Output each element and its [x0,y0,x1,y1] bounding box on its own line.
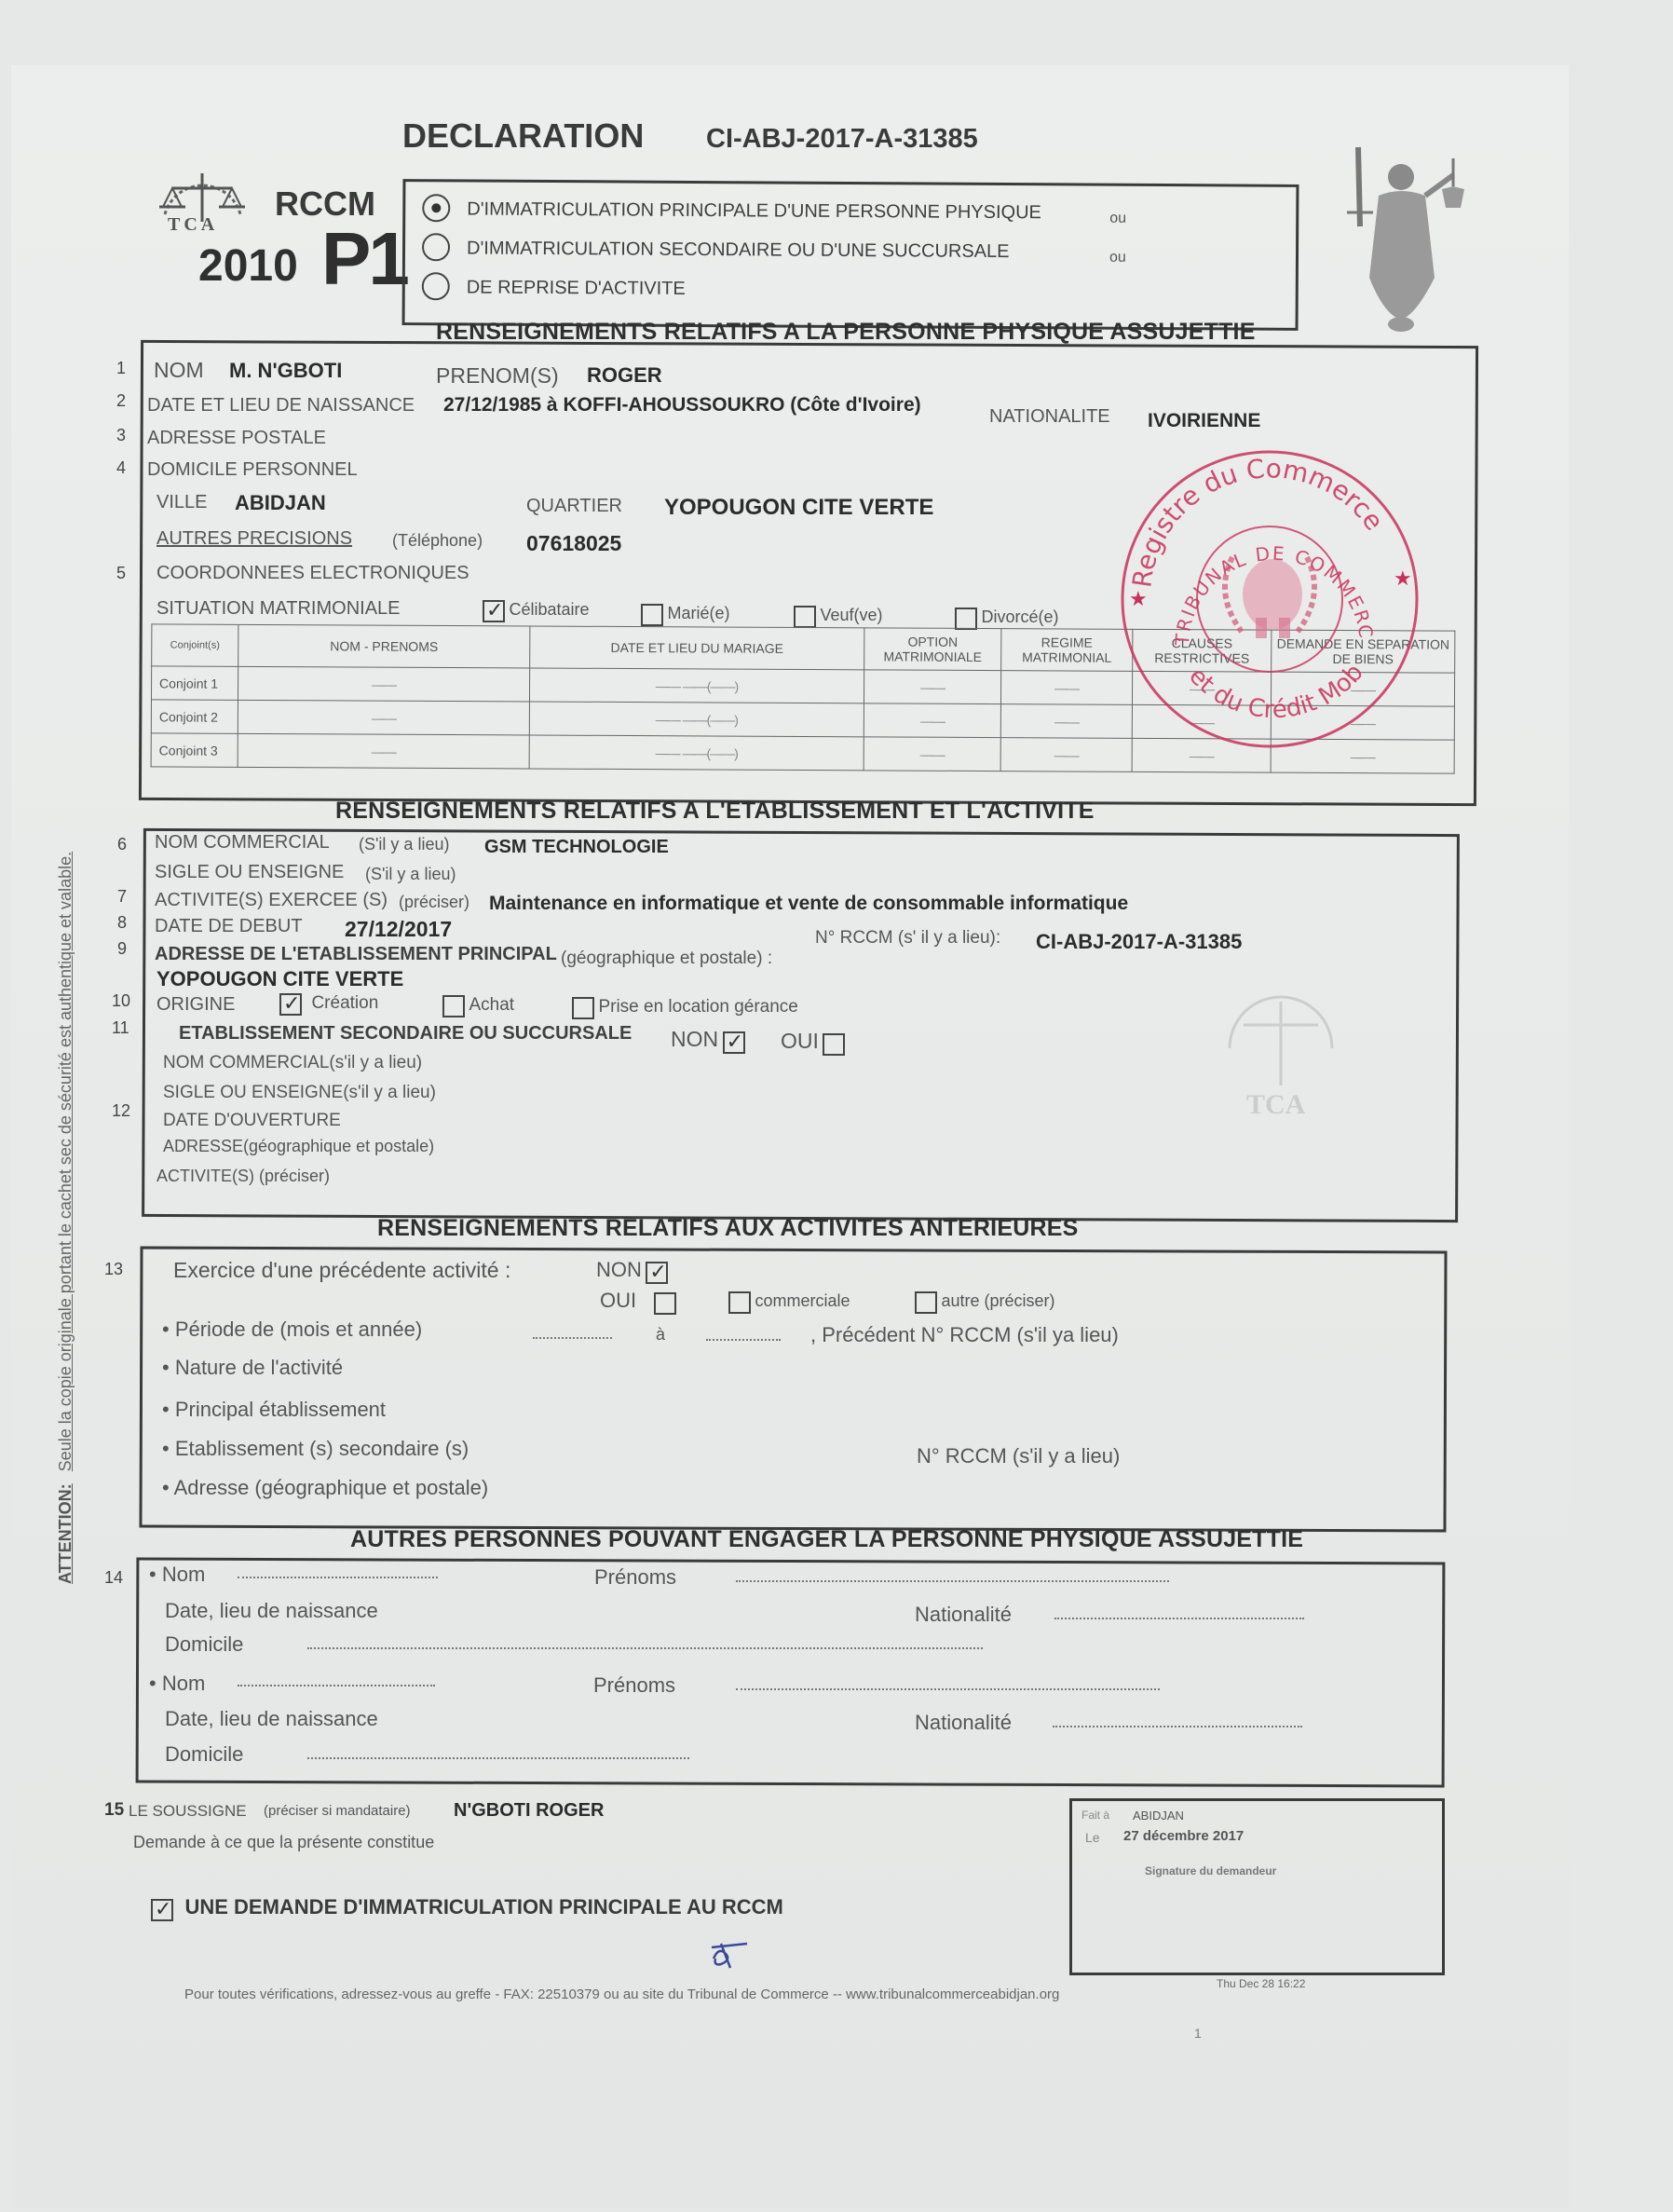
sec-activite-label: ACTIVITE(S) (préciser) [156,1167,330,1186]
checkbox-label: commerciale [755,1291,850,1310]
adresse-etablissement-label: ADRESSE DE L'ETABLISSEMENT PRINCIPAL [155,944,557,965]
nature-label: • Nature de l'activité [162,1356,343,1380]
nom-label: NOM [154,358,204,383]
radio-immatriculation-principale[interactable] [422,194,450,222]
adresse-postale-label: ADRESSE POSTALE [147,428,326,449]
cell: —— [238,666,529,702]
periode-to-field[interactable] [706,1339,781,1341]
row-label: Conjoint 1 [151,666,238,700]
row-number: 4 [116,458,126,478]
domicile-field[interactable] [307,1647,983,1649]
oui-label: OUI [600,1289,636,1312]
row-number: 7 [117,887,127,907]
row-number: 5 [116,564,126,583]
nom-label: • Nom [149,1563,205,1587]
sigle-hint: (S'il y a lieu) [365,865,456,884]
row-number: 2 [116,391,126,411]
nom-commercial-hint: (S'il y a lieu) [359,835,449,854]
rccm-value[interactable]: CI-ABJ-2017-A-31385 [1036,930,1242,954]
secondaire-oui[interactable]: OUI [781,1029,845,1056]
activite-label: ACTIVITE(S) EXERCEE (S) [155,890,388,911]
commerce-registry-stamp-icon: Registre du Commerce et du Crédit Mob TR… [1116,445,1423,753]
footer-text: Pour toutes vérifications, adressez-vous… [184,1987,1059,2002]
prenoms-label: Prénoms [593,1673,675,1698]
situation-veuf[interactable]: Veuf(ve) [794,606,883,628]
secondaire-non[interactable]: NON [671,1027,745,1054]
activite-value[interactable]: Maintenance en informatique et vente de … [489,893,1128,915]
col-header: OPTION MATRIMONIALE [864,628,1001,671]
nom-label: • Nom [149,1672,205,1696]
section-others-box [136,1558,1446,1788]
secondaires-label: • Etablissement (s) secondaire (s) [162,1437,469,1461]
quartier-label: QUARTIER [526,496,622,517]
row-number: 14 [104,1568,123,1588]
section-prior-title: RENSEIGNEMENTS RELATIFS AUX ACTIVITES AN… [377,1215,1078,1242]
demande-checkbox[interactable] [151,1899,173,1921]
activite-hint: (préciser) [399,893,469,912]
svg-text:et du Crédit Mob: et du Crédit Mob [1183,659,1369,724]
cell: —— [864,703,1000,738]
secondaire-label: ETABLISSEMENT SECONDAIRE OU SUCCURSALE [179,1023,632,1045]
origine-creation[interactable]: Création [279,993,378,1016]
demande-option-label: UNE DEMANDE D'IMMATRICULATION PRINCIPALE… [184,1895,782,1918]
cell: —— ——(——) [529,668,864,703]
nom-commercial-value[interactable]: GSM TECHNOLOGIE [484,837,669,858]
creation-checkbox[interactable] [279,993,302,1016]
naissance-label: DATE ET LIEU DE NAISSANCE [147,395,415,416]
prenoms-field[interactable] [736,1688,1160,1690]
cell: —— [1000,671,1132,705]
row-number: 10 [112,991,130,1011]
row-number: 9 [117,939,127,959]
le-label: Le [1085,1830,1100,1845]
row-number: 15 [104,1800,124,1821]
attention-text: Seule la copie originale portant le cach… [56,852,75,1471]
row-label: Conjoint 3 [151,733,238,767]
nationalite-field[interactable] [1053,1726,1302,1727]
nationalite-label: Nationalité [915,1603,1012,1627]
nom-value[interactable]: M. N'GBOTI [229,359,342,383]
naissance-value[interactable]: 27/12/1985 à KOFFI-AHOUSSOUKRO (Côte d'I… [443,394,921,416]
ville-label: VILLE [156,492,207,513]
prior-autre[interactable]: autre (préciser) [915,1291,1055,1314]
telephone-label: (Téléphone) [392,531,483,551]
oui-label: OUI [781,1029,819,1053]
divorce-checkbox[interactable] [955,608,977,630]
nom-field[interactable] [238,1577,438,1578]
ville-value[interactable]: ABIDJAN [235,491,326,515]
option-suffix: ou [1109,250,1126,266]
veuf-checkbox[interactable] [794,606,816,628]
cell: —— [1000,738,1132,772]
autres-precisions-label: AUTRES PRECISIONS [156,528,352,550]
situation-marie[interactable]: Marié(e) [641,604,729,626]
cell: —— [864,670,1000,704]
checkbox-label: Création [311,993,378,1013]
celibataire-checkbox[interactable] [483,600,505,622]
tca-watermark-icon: TCA [1220,983,1341,1123]
svg-text:TCA: TCA [1246,1089,1306,1120]
telephone-value[interactable]: 07618025 [526,531,621,556]
checkbox-label: autre (préciser) [941,1291,1054,1310]
situation-label: SITUATION MATRIMONIALE [156,598,401,620]
date-debut-label: DATE DE DEBUT [155,916,303,937]
non-label: NON [596,1258,642,1281]
situation-celibataire[interactable]: Célibataire [483,600,590,622]
rccm-label: N° RCCM (s' il y a lieu): [815,928,1000,949]
checkbox-label: Marié(e) [667,604,729,622]
signature-label: Signature du demandeur [1145,1864,1276,1877]
checkbox-label: Prise en location gérance [598,997,797,1017]
handwritten-initials-icon [708,1938,750,1971]
achat-checkbox[interactable] [442,995,465,1017]
attention-label: ATTENTION: [56,1483,75,1584]
svg-text:★: ★ [1129,587,1148,610]
lady-justice-icon [1323,138,1472,334]
declaration-reference: CI-ABJ-2017-A-31385 [706,124,978,155]
page-mark: 1 [1194,2026,1202,2041]
row-label: Conjoint 2 [151,700,238,733]
col-header: NOM - PRENOMS [238,624,530,668]
commerciale-checkbox[interactable] [728,1291,751,1314]
soussigne-value[interactable]: N'GBOTI ROGER [454,1800,604,1822]
adresse-label: • Adresse (géographique et postale) [162,1476,488,1500]
domicile-label: Domicile [165,1742,243,1767]
col-header: DATE ET LIEU DU MARIAGE [530,626,864,670]
origine-achat[interactable]: Achat [442,995,514,1017]
row-number: 6 [117,835,127,854]
principal-label: • Principal établissement [162,1398,386,1422]
form-id: P1 [321,216,407,302]
row-number: 12 [112,1101,130,1121]
secondaire-oui-checkbox[interactable] [823,1033,845,1056]
cell: —— ——(——) [529,702,864,737]
sec-date-ouverture-label: DATE D'OUVERTURE [163,1111,341,1131]
side-note: ATTENTION: Seule la copie originale port… [56,852,75,1584]
exercice-label: Exercice d'une précédente activité : [173,1258,510,1283]
autre-checkbox[interactable] [915,1291,937,1314]
prenom-value[interactable]: ROGER [587,363,662,388]
date-debut-value[interactable]: 27/12/2017 [345,917,452,942]
secondaire-non-checkbox[interactable] [723,1031,745,1054]
origine-location-gerance[interactable]: Prise en location gérance [572,997,798,1019]
non-label: NON [671,1027,718,1051]
le-value: 27 décembre 2017 [1123,1828,1244,1844]
periode-label: • Période de (mois et année) [162,1318,422,1342]
section-others-title: AUTRES PERSONNES POUVANT ENGAGER LA PERS… [350,1526,1303,1553]
nationalite-label: NATIONALITE [989,406,1110,428]
nationalite-field[interactable] [1054,1618,1304,1619]
checkbox-label: Célibataire [509,600,589,619]
row-number: 8 [117,913,127,933]
col-header: REGIME MATRIMONIAL [1001,629,1133,672]
row-number: 11 [112,1018,129,1038]
prenoms-field[interactable] [736,1580,1169,1582]
prenom-label: PRENOM(S) [436,363,559,389]
adresse-etablissement-hint: (géographique et postale) : [561,949,772,969]
location-gerance-checkbox[interactable] [572,997,594,1019]
radio-reprise-activite[interactable] [422,272,450,300]
prior-non[interactable]: NON [596,1258,668,1284]
origine-label: ORIGINE [156,994,235,1016]
option-label: D'IMMATRICULATION SECONDAIRE OU D'UNE SU… [467,238,1010,263]
cell: —— [864,737,1000,771]
checkbox-label: Achat [469,995,514,1015]
fait-a-value: ABIDJAN [1133,1809,1184,1823]
domicile-label: Domicile [165,1632,243,1657]
nom-field[interactable] [238,1685,435,1686]
domicile-label: DOMICILE PERSONNEL [147,459,358,481]
demande-option[interactable]: UNE DEMANDE D'IMMATRICULATION PRINCIPALE… [151,1895,783,1921]
option-label: D'IMMATRICULATION PRINCIPALE D'UNE PERSO… [467,198,1041,224]
option-suffix: ou [1109,211,1126,227]
periode-from-field[interactable] [533,1337,612,1339]
form-year: 2010 [198,240,298,292]
prior-rccm-label: N° RCCM (s'il y a lieu) [917,1444,1120,1468]
section-establishment-title: RENSEIGNEMENTS RELATIFS A L'ETABLISSEMEN… [335,798,1095,825]
periode-a-label: à [656,1325,665,1345]
checkbox-label: Divorcé(e) [981,608,1058,626]
demande-text: Demande à ce que la présente constitue [133,1833,434,1852]
nationalite-label: Nationalité [915,1711,1012,1735]
option-label: DE REPRISE D'ACTIVITE [467,277,686,299]
situation-divorce[interactable]: Divorcé(e) [955,608,1058,630]
soussigne-hint: (préciser si mandataire) [264,1803,411,1819]
sec-adresse-label: ADRESSE(géographique et postale) [163,1137,434,1156]
svg-text:★: ★ [1394,567,1412,590]
coordonnees-label: COORDONNEES ELECTRONIQUES [156,563,469,584]
precedent-rccm-label: , Précédent N° RCCM (s'il ya lieu) [810,1323,1119,1347]
prior-oui[interactable]: OUI [600,1289,676,1315]
prior-oui-checkbox[interactable] [654,1292,676,1315]
sec-nom-commercial-label: NOM COMMERCIAL(s'il y a lieu) [163,1053,422,1073]
naissance-label: Date, lieu de naissance [165,1599,378,1623]
col-header: Conjoint(s) [152,624,238,666]
domicile-field[interactable] [307,1757,689,1759]
nom-commercial-label: NOM COMMERCIAL [155,832,330,853]
signature-box[interactable]: Fait à ABIDJAN Le 27 décembre 2017 Signa… [1069,1798,1445,1975]
soussigne-label: LE SOUSSIGNE [129,1802,247,1821]
tca-logo-text: TCA [168,214,218,236]
prior-non-checkbox[interactable] [646,1262,668,1284]
cell: —— [238,733,529,769]
nationalite-value[interactable]: IVOIRIENNE [1148,410,1260,432]
sec-sigle-label: SIGLE OU ENSEIGNE(s'il y a lieu) [163,1083,436,1103]
sigle-label: SIGLE OU ENSEIGNE [155,862,344,883]
radio-immatriculation-secondaire[interactable] [422,233,450,261]
adresse-etablissement-value[interactable]: YOPOUGON CITE VERTE [156,967,403,991]
prenoms-label: Prénoms [594,1565,676,1590]
page-title: DECLARATION [402,116,644,156]
registration-type-box: D'IMMATRICULATION PRINCIPALE D'UNE PERSO… [402,179,1299,331]
fait-a-label: Fait à [1081,1809,1109,1822]
print-timestamp: Thu Dec 28 16:22 [1217,1977,1305,1990]
prior-commerciale[interactable]: commerciale [728,1291,850,1314]
naissance-label: Date, lieu de naissance [165,1707,378,1731]
row-number: 3 [116,426,126,445]
marie-checkbox[interactable] [641,604,663,626]
row-number: 13 [104,1260,123,1279]
cell: —— [1000,704,1132,739]
cell: —— ——(——) [529,735,864,771]
quartier-value[interactable]: YOPOUGON CITE VERTE [664,495,933,521]
row-number: 1 [116,359,126,378]
cell: —— [238,700,529,735]
checkbox-label: Veuf(ve) [820,606,882,624]
